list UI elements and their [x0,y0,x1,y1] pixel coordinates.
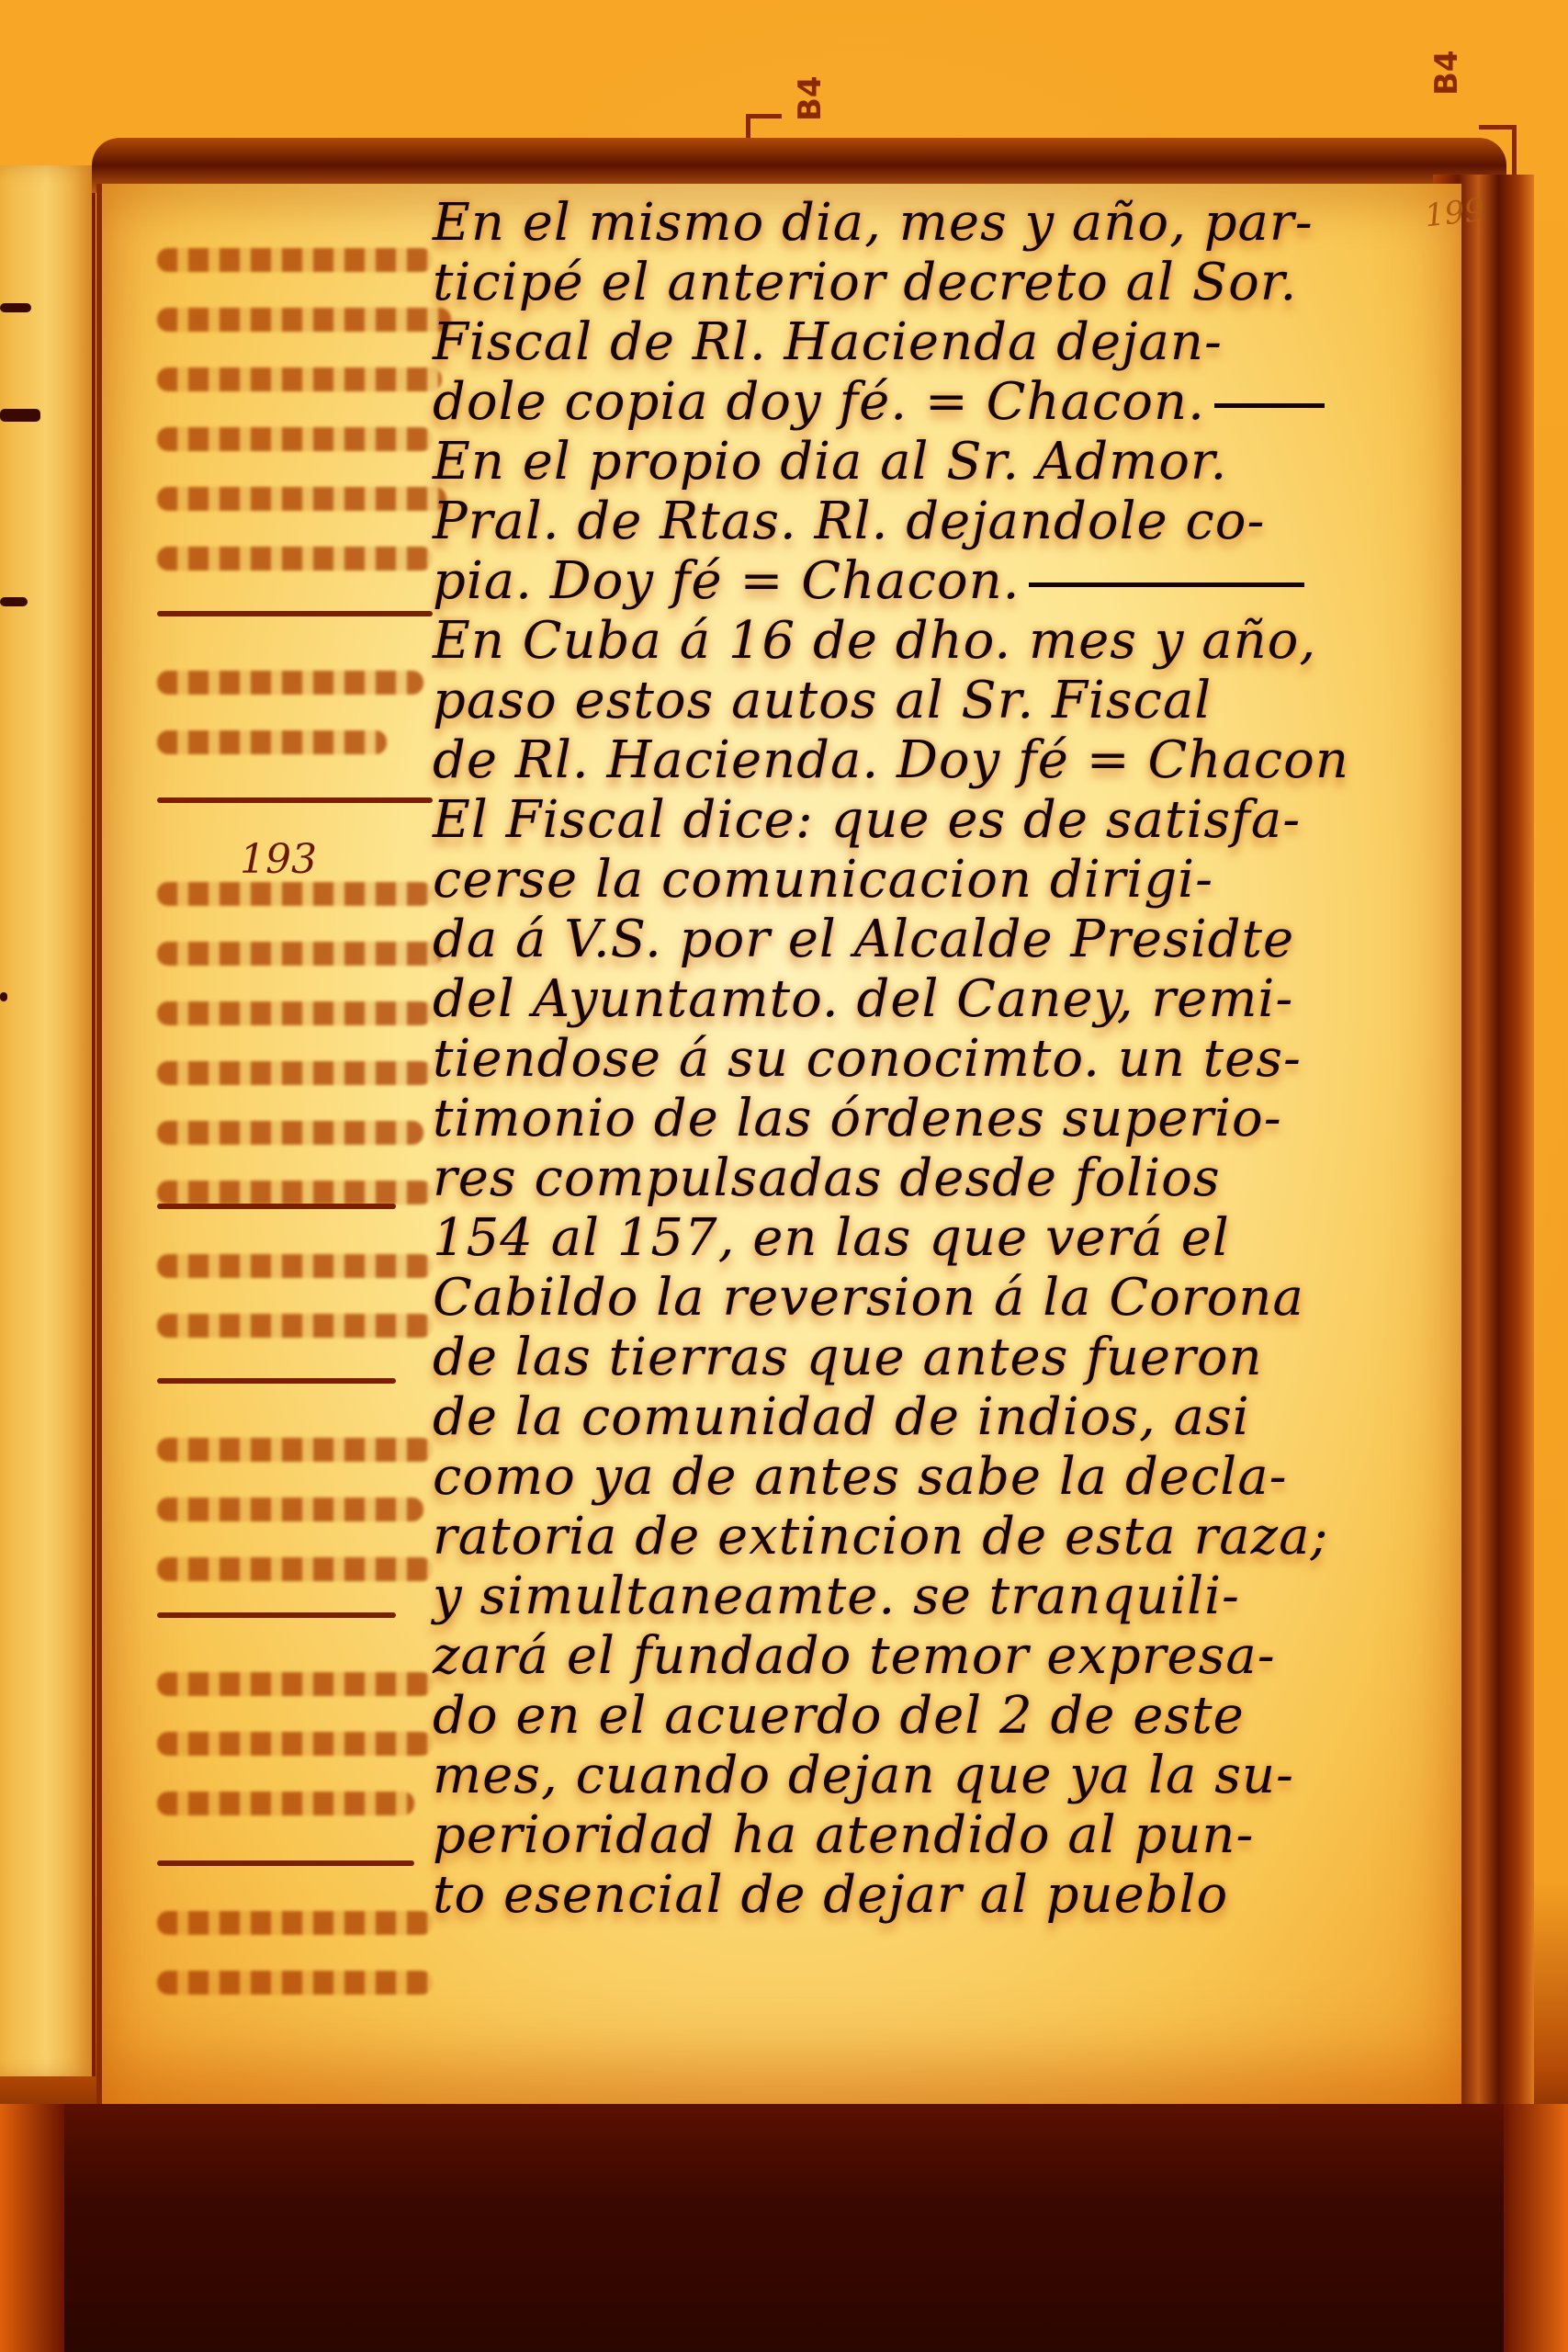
text-line: Pral. de Rtas. Rl. dejandole co- [433,492,1265,551]
text-line: En el mismo dia, mes y año, par- [433,193,1314,253]
text-line: ratoria de extincion de esta raza; [433,1507,1328,1566]
text-line: dole copia doy fé. = Chacon. [433,372,1325,432]
text-line: 154 al 157, en las que verá el [433,1208,1230,1268]
page-number: 199 [1423,192,1486,235]
folio-margin-note: 193 [240,836,317,883]
text-line: En Cuba á 16 de dho. mes y año, [433,611,1316,671]
text-line: timonio de las órdenes superio- [433,1089,1282,1148]
text-line: Cabildo la reversion á la Corona [433,1268,1304,1328]
ink-mark [0,409,40,422]
text-line: de Rl. Hacienda. Doy fé = Chacon [433,730,1349,790]
text-line: de las tierras que antes fueron [433,1328,1263,1387]
ink-mark [0,992,7,1001]
facing-page-left [0,165,96,2076]
text-line: tiendose á su conocimto. un tes- [433,1029,1302,1089]
text-line: ticipé el anterior decreto al Sor. [433,253,1297,312]
text-line: do en el acuerdo del 2 de este [433,1686,1245,1746]
text-line: de la comunidad de indios, asi [433,1387,1250,1447]
closing-rule [1214,403,1325,408]
ink-mark [0,303,31,312]
text-line: zará el fundado temor expresa- [433,1626,1276,1686]
text-line: da á V.S. por el Alcalde Presidte [433,910,1294,969]
text-line: como ya de antes sabe la decla- [433,1447,1288,1507]
text-line: El Fiscal dice: que es de satisfa- [433,790,1301,850]
book-binding-shadow [0,2104,1568,2352]
text-line: res compulsadas desde folios [433,1148,1221,1208]
crop-bracket-left [746,114,782,141]
ink-mark [0,597,28,606]
text-line: Fiscal de Rl. Hacienda dejan- [433,312,1223,372]
archive-label-b4-left: B4 [792,75,829,121]
text-line: mes, cuando dejan que ya la su- [433,1746,1294,1805]
archive-label-b4-right: B4 [1428,50,1465,96]
text-line: pia. Doy fé = Chacon. [433,551,1304,611]
text-line: paso estos autos al Sr. Fiscal [433,671,1212,730]
text-line: y simultaneamte. se tranquili- [433,1566,1240,1626]
text-line: cerse la comunicacion dirigi- [433,850,1213,910]
manuscript-page: 199 193 En el mismo dia, mes [96,184,1461,2122]
text-line: del Ayuntamto. del Caney, remi- [433,969,1293,1029]
text-line: perioridad ha atendido al pun- [433,1805,1254,1865]
text-line: to esencial de dejar al pueblo [433,1865,1228,1925]
closing-rule [1029,582,1304,587]
text-line: En el propio dia al Sr. Admor. [433,432,1227,492]
